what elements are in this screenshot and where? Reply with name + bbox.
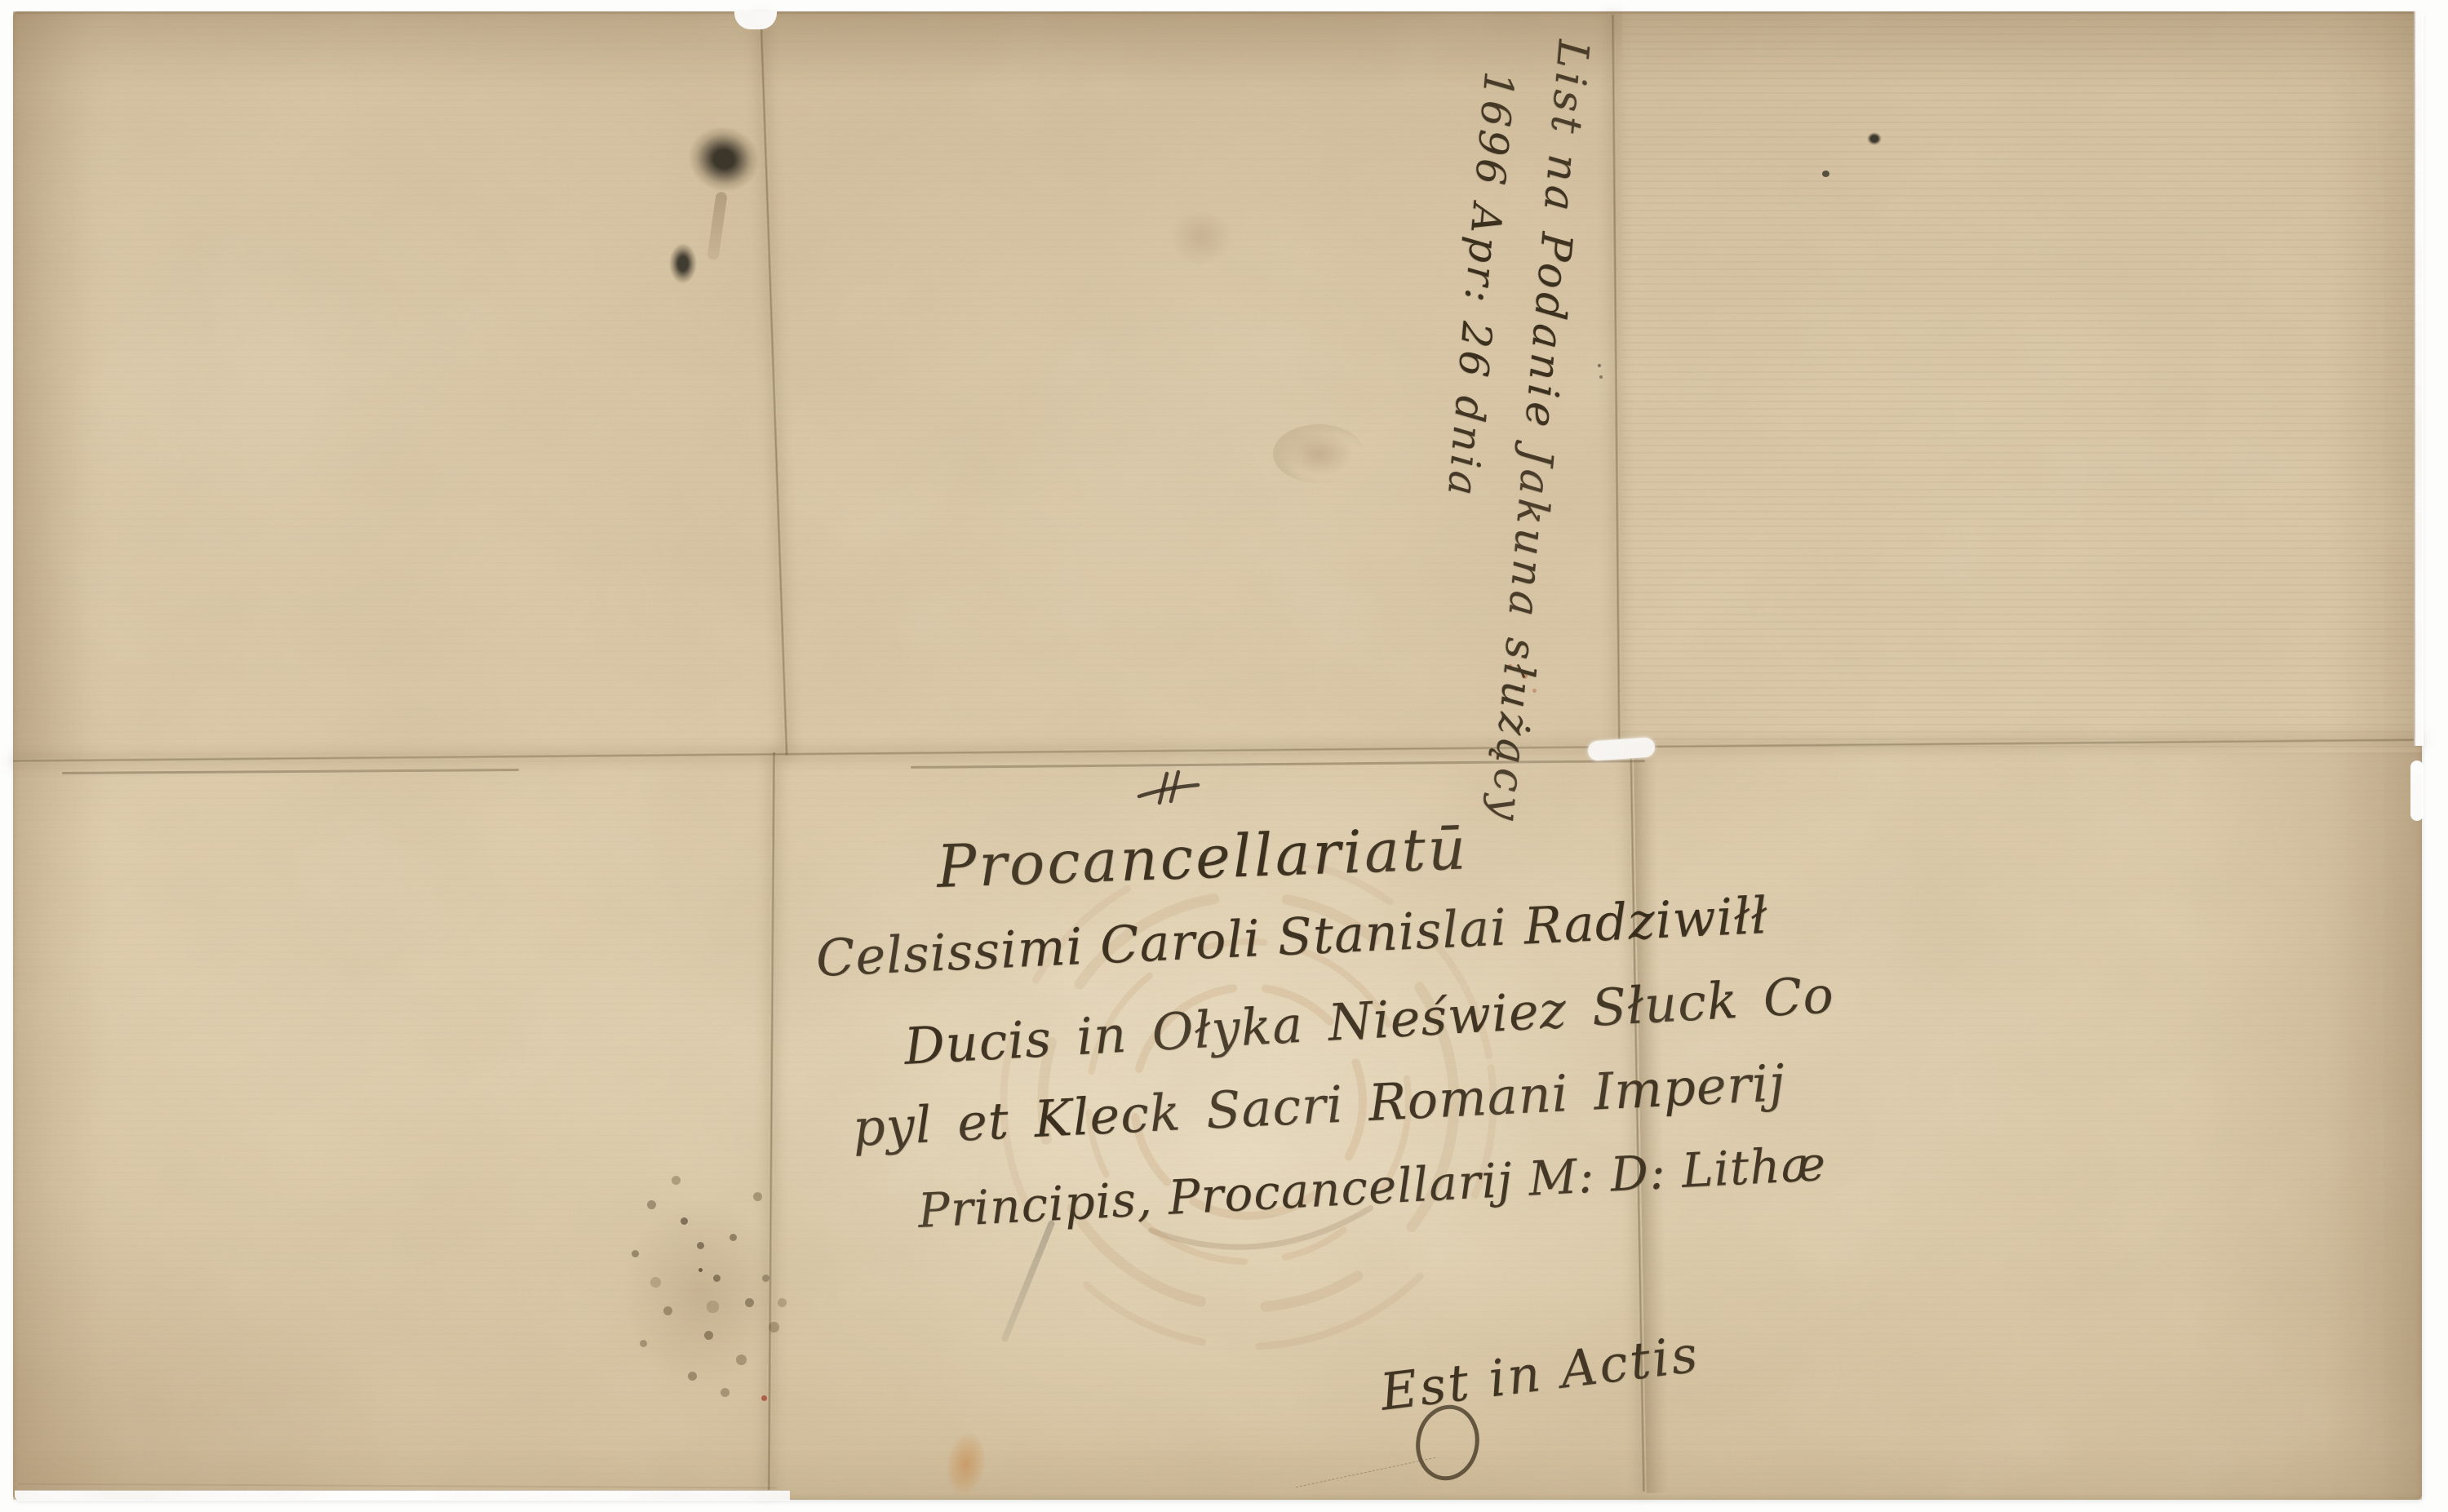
registry-note-hairline: [1296, 1457, 1435, 1488]
panel-top-right: [1622, 11, 2422, 750]
invocation-cross-mark-icon: [1134, 769, 1203, 806]
fold-horizontal-dark-segment: [911, 760, 1645, 769]
panel-bottom-right: [1637, 752, 2422, 1500]
ink-dot-a: [1867, 132, 1882, 145]
ink-blot-large: [681, 118, 767, 200]
filing-note: List na Podanie Jakuna służący 1696 Apr:…: [1589, 42, 1598, 51]
ink-blot-small: [669, 243, 697, 284]
top-edge-notch: [734, 11, 777, 29]
address-line-2: Celsissimi Caroli Stanislai Radziwiłł: [814, 885, 1769, 988]
fold-vertical-left-top: [759, 16, 789, 756]
filing-note-line-2: 1696 Apr: 26 dnia: [1439, 69, 1523, 500]
colon-dots-near-fold: [1598, 364, 1601, 367]
paper-sheet: Procancellariatū Celsissimi Caroli Stani…: [13, 11, 2422, 1500]
ink-dot-b: [1822, 171, 1829, 177]
top-edge-rim: [13, 11, 2422, 14]
smudge-top-middle: [1159, 200, 1244, 275]
ink-blot-large-tail: [707, 191, 728, 260]
rust-stain: [942, 1429, 991, 1498]
mold-stain-speckles: [698, 1268, 703, 1272]
paper-edge-sliver-right: [2410, 760, 2424, 821]
address-line-5: Principis, Procancellarij M: D: Lithæ: [916, 1136, 1827, 1239]
fold-horizontal-dark-segment: [62, 769, 519, 774]
bottom-left-crease: [18, 1483, 777, 1489]
paper-edge-wedge-top-right: [2414, 11, 2424, 746]
panel-top-left: [13, 11, 761, 759]
scan-background: Procancellariatū Celsissimi Caroli Stani…: [0, 0, 2448, 1512]
address-line-1: Procancellariatū: [936, 814, 1470, 901]
fold-vertical-right-top: [1611, 15, 1621, 747]
smudge-center: [1273, 424, 1364, 483]
mold-stain-base: [596, 1167, 808, 1420]
fold-horizontal: [13, 738, 2422, 763]
paper-edge-sliver-bottom-left: [15, 1490, 790, 1501]
pencil-streak: [1000, 1219, 1055, 1342]
